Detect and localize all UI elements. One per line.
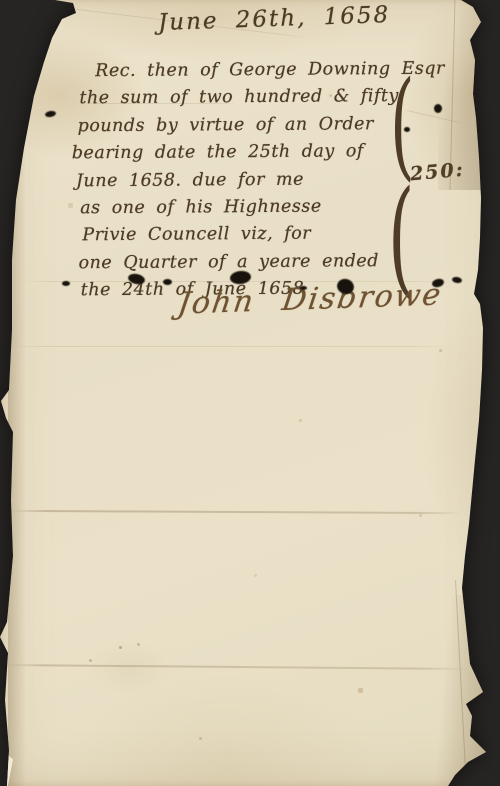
left-edge-shading — [8, 0, 26, 786]
fold-crease — [6, 664, 468, 670]
date-heading: June 26th, 1658 — [158, 2, 391, 36]
ink-blot — [300, 286, 307, 290]
torn-flap-bottom-left — [0, 748, 13, 786]
ink-blot — [62, 281, 70, 286]
ink-blot — [163, 279, 172, 285]
manuscript-paper: June 26th, 1658 Rec. then of George Down… — [0, 0, 500, 786]
ink-blot — [434, 104, 442, 113]
fold-crease — [10, 510, 462, 514]
fold-crease — [455, 580, 466, 770]
paper-shadow: June 26th, 1658 Rec. then of George Down… — [0, 0, 500, 786]
fold-crease — [10, 346, 455, 347]
amount-value: 250: — [409, 159, 465, 186]
ink-blot — [404, 127, 410, 132]
photo-background: June 26th, 1658 Rec. then of George Down… — [0, 0, 500, 786]
foxing-specks — [0, 0, 1, 1]
ink-blot — [452, 276, 463, 284]
torn-edge-shading-bottom-right — [428, 595, 486, 786]
ink-blot — [45, 110, 57, 118]
